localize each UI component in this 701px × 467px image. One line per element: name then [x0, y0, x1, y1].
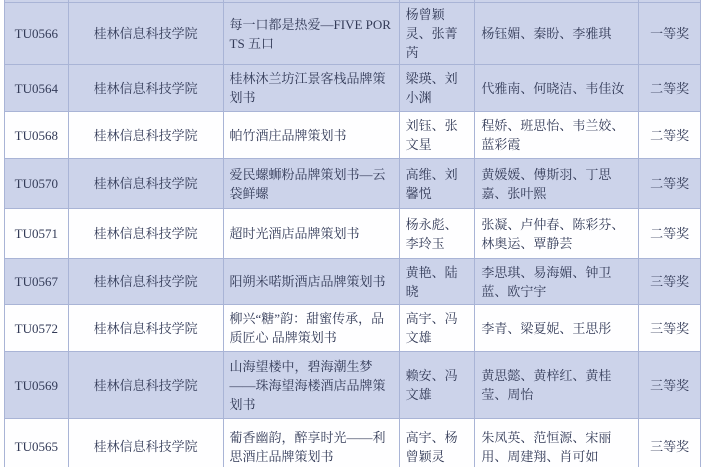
cell-entry-id: TU0565: [5, 419, 69, 467]
cell-entry-id: TU0570: [5, 159, 69, 209]
cell-advisors: 黄思懿、黄梓红、黄桂莹、周怡: [475, 352, 639, 419]
cell-members: 高宇、杨曾颖灵: [399, 419, 475, 467]
cell-advisors: 杨钰媚、秦盼、李雅琪: [475, 3, 639, 65]
table-row: TU0569 桂林信息科技学院 山海望楼中，碧海潮生梦——珠海望海楼酒店品牌策划…: [5, 352, 701, 419]
cell-award: 一等奖: [639, 3, 701, 65]
table-row: TU0565 桂林信息科技学院 葡香幽韵，醉享时光——利思酒庄品牌策划书 高宇、…: [5, 419, 701, 467]
cell-project-title: 桂林沐兰坊江景客栈品牌策划书: [223, 65, 399, 112]
cell-advisors: 李青、梁夏妮、王思彤: [475, 305, 639, 352]
cell-school: 桂林信息科技学院: [68, 112, 223, 159]
cell-school: 桂林信息科技学院: [68, 65, 223, 112]
cell-project-title: 超时光酒店品牌策划书: [223, 209, 399, 259]
table-row: TU0572 桂林信息科技学院 柳兴“糖”韵：甜蜜传承，品质匠心 品牌策划书 高…: [5, 305, 701, 352]
cell-entry-id: TU0571: [5, 209, 69, 259]
cell-award: 二等奖: [639, 112, 701, 159]
cell-project-title: 帕竹酒庄品牌策划书: [223, 112, 399, 159]
cell-project-title: 山海望楼中，碧海潮生梦——珠海望海楼酒店品牌策划书: [223, 352, 399, 419]
cell-members: 黄艳、陆晓: [399, 259, 475, 305]
cell-school: 桂林信息科技学院: [68, 3, 223, 65]
table-row: TU0566 桂林信息科技学院 每一口都是热爱—FIVE PORTS 五口 杨曾…: [5, 3, 701, 65]
cell-members: 杨曾颖灵、张菁芮: [399, 3, 475, 65]
cell-project-title: 爱民螺蛳粉品牌策划书—云袋鲜螺: [223, 159, 399, 209]
table-row: TU0568 桂林信息科技学院 帕竹酒庄品牌策划书 刘钰、张文星 程娇、班思怡、…: [5, 112, 701, 159]
cell-award: 二等奖: [639, 159, 701, 209]
cell-award: 三等奖: [639, 259, 701, 305]
cell-award: 三等奖: [639, 352, 701, 419]
cell-members: 刘钰、张文星: [399, 112, 475, 159]
cell-entry-id: TU0567: [5, 259, 69, 305]
cell-members: 杨永彪、李玲玉: [399, 209, 475, 259]
cell-award: 二等奖: [639, 65, 701, 112]
cell-members: 梁瑛、刘小渊: [399, 65, 475, 112]
cell-project-title: 柳兴“糖”韵：甜蜜传承，品质匠心 品牌策划书: [223, 305, 399, 352]
cell-advisors: 代雅南、何晓洁、韦佳汝: [475, 65, 639, 112]
cell-entry-id: TU0566: [5, 3, 69, 65]
cell-school: 桂林信息科技学院: [68, 259, 223, 305]
document-page: TU0566 桂林信息科技学院 每一口都是热爱—FIVE PORTS 五口 杨曾…: [0, 0, 701, 467]
cell-award: 三等奖: [639, 305, 701, 352]
cell-award: 三等奖: [639, 419, 701, 467]
cell-members: 高宇、冯文雄: [399, 305, 475, 352]
cell-project-title: 阳朔米喏斯酒店品牌策划书: [223, 259, 399, 305]
table-row: TU0567 桂林信息科技学院 阳朔米喏斯酒店品牌策划书 黄艳、陆晓 李思琪、易…: [5, 259, 701, 305]
cell-project-title: 每一口都是热爱—FIVE PORTS 五口: [223, 3, 399, 65]
cell-entry-id: TU0572: [5, 305, 69, 352]
cell-project-title: 葡香幽韵，醉享时光——利思酒庄品牌策划书: [223, 419, 399, 467]
cell-members: 赖安、冯文雄: [399, 352, 475, 419]
table-row: TU0564 桂林信息科技学院 桂林沐兰坊江景客栈品牌策划书 梁瑛、刘小渊 代雅…: [5, 65, 701, 112]
cell-advisors: 黄媛媛、傅斯羽、丁思嘉、张叶熙: [475, 159, 639, 209]
cell-advisors: 李思琪、易海媚、钟卫蓝、欧宁宇: [475, 259, 639, 305]
cell-entry-id: TU0568: [5, 112, 69, 159]
cell-school: 桂林信息科技学院: [68, 352, 223, 419]
table-row: TU0571 桂林信息科技学院 超时光酒店品牌策划书 杨永彪、李玲玉 张凝、卢仲…: [5, 209, 701, 259]
table-row: TU0570 桂林信息科技学院 爱民螺蛳粉品牌策划书—云袋鲜螺 高维、刘馨悦 黄…: [5, 159, 701, 209]
cell-award: 二等奖: [639, 209, 701, 259]
cell-school: 桂林信息科技学院: [68, 209, 223, 259]
cell-school: 桂林信息科技学院: [68, 159, 223, 209]
cell-advisors: 程娇、班思怡、韦兰姣、蓝彩霞: [475, 112, 639, 159]
cell-advisors: 朱凤英、范恒源、宋丽用、周建翔、肖可如: [475, 419, 639, 467]
cell-entry-id: TU0569: [5, 352, 69, 419]
cell-members: 高维、刘馨悦: [399, 159, 475, 209]
cell-advisors: 张凝、卢仲春、陈彩芬、林奥运、覃静芸: [475, 209, 639, 259]
cell-school: 桂林信息科技学院: [68, 305, 223, 352]
award-table: TU0566 桂林信息科技学院 每一口都是热爱—FIVE PORTS 五口 杨曾…: [4, 0, 701, 467]
cell-entry-id: TU0564: [5, 65, 69, 112]
cell-school: 桂林信息科技学院: [68, 419, 223, 467]
